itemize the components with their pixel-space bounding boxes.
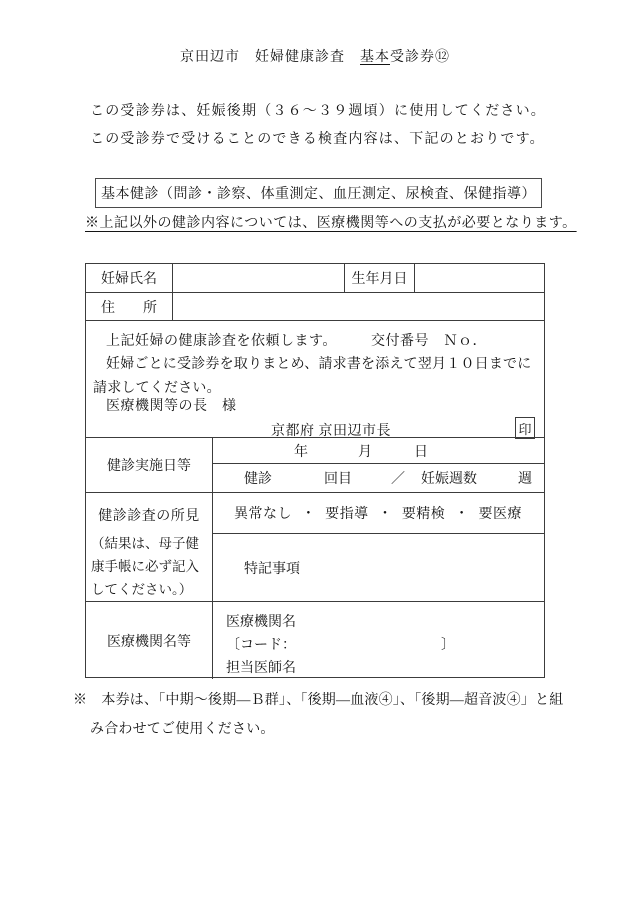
birth-date-label: 生年月日 (345, 264, 415, 292)
slash-separator: ／ (391, 468, 405, 488)
row-name-birthdate: 妊婦氏名 生年月日 (86, 264, 544, 293)
month-unit: 月 (358, 441, 372, 461)
issuer-mayor-line: 京都府 京田辺市長 (271, 420, 391, 440)
week-unit: 週 (518, 468, 532, 488)
code-close-bracket: 〕 (441, 634, 455, 657)
gestation-weeks-label: 妊娠週数 (421, 468, 477, 488)
maternal-checkup-voucher-page: 京田辺市 妊婦健康診査 基本受診券⑫ この受診券は、妊娠後期（３６～３９週頃）に… (0, 0, 630, 903)
code-open-bracket: 〔コード： (226, 634, 296, 657)
findings-fields: 異常なし ・ 要指導 ・ 要精検 ・ 要医療 特記事項 (213, 493, 544, 601)
institution-name-label: 医療機関名 (226, 611, 544, 634)
doctor-name-label: 担当医師名 (226, 657, 544, 680)
title-underlined-basic: 基本 (360, 50, 390, 65)
exam-date-label: 健診実施日等 (86, 438, 213, 492)
basic-exam-box: 基本健診（問診・診察、体重測定、血圧測定、尿検査、保健指導） (95, 178, 542, 208)
issue-number-label: 交付番号 Ｎｏ． (371, 330, 487, 350)
dot-separator: ・ (378, 503, 393, 523)
year-unit: 年 (294, 441, 308, 461)
request-statement: 上記妊婦の健康診査を依頼します。 (106, 330, 337, 350)
findings-label-cell: 健診診査の所見 （結果は、母子健康手帳に必ず記入してください。） (86, 493, 213, 601)
checkup-word: 健診 (244, 468, 272, 488)
document-title: 京田辺市 妊婦健康診査 基本受診券⑫ (0, 46, 630, 66)
option-medical-care-needed: 要医療 (478, 503, 522, 523)
mother-name-field (173, 264, 345, 292)
remarks-label: 特記事項 (244, 558, 300, 578)
row-address: 住 所 (86, 293, 544, 321)
day-unit: 日 (414, 441, 428, 461)
institution-fields: 医療機関名 〔コード： 〕 担当医師名 (213, 602, 544, 679)
findings-record-note: （結果は、母子健康手帳に必ず記入してください。） (86, 525, 212, 601)
intro-exam-contents: この受診券で受けることのできる検査内容は、下記のとおりです。 (90, 128, 545, 148)
mother-name-label: 妊婦氏名 (86, 264, 173, 292)
remarks-row: 特記事項 (213, 534, 544, 601)
visit-count-row: 健診 回目 ／ 妊娠週数 週 (213, 464, 544, 492)
visit-count-unit: 回目 (324, 468, 352, 488)
intro-usage-period: この受診券は、妊娠後期（３６～３９週頃）に使用してください。 (90, 100, 546, 120)
findings-options-row: 異常なし ・ 要指導 ・ 要精検 ・ 要医療 (213, 493, 544, 534)
findings-label: 健診診査の所見 (86, 505, 212, 525)
row-findings: 健診診査の所見 （結果は、母子健康手帳に必ず記入してください。） 異常なし ・ … (86, 493, 544, 602)
row-exam-date: 健診実施日等 年 月 日 健診 回目 ／ 妊娠週数 週 (86, 438, 544, 493)
dot-separator: ・ (301, 503, 316, 523)
option-guidance-needed: 要指導 (325, 503, 369, 523)
title-prefix: 京田辺市 妊婦健康診査 (180, 50, 360, 65)
birth-date-field (415, 264, 544, 292)
date-blank-row: 年 月 日 (213, 438, 544, 464)
voucher-form-table: 妊婦氏名 生年月日 住 所 上記妊婦の健康診査を依頼します。 交付番号 Ｎｏ． … (85, 263, 545, 678)
dot-separator: ・ (455, 503, 470, 523)
row-institution: 医療機関名等 医療機関名 〔コード： 〕 担当医師名 (86, 602, 544, 679)
address-label: 住 所 (86, 293, 173, 320)
row-request-statement: 上記妊婦の健康診査を依頼します。 交付番号 Ｎｏ． 妊婦ごとに受診券を取りまとめ… (86, 321, 544, 438)
institution-label: 医療機関名等 (86, 602, 213, 679)
combination-usage-note: ※ 本券は、「中期～後期―Ｂ群」、「後期―血液④」、「後期―超音波④」と組み合わ… (90, 686, 570, 744)
payment-required-note: ※上記以外の健診内容については、医療機関等への支払が必要となります。 (85, 212, 577, 232)
option-no-abnormality: 異常なし (234, 503, 292, 523)
basic-exam-text: 基本健診（問診・診察、体重測定、血圧測定、尿検査、保健指導） (101, 183, 536, 203)
institution-code-line: 〔コード： 〕 (226, 634, 544, 657)
official-seal-mark: 印 (515, 417, 535, 439)
billing-instruction: 妊婦ごとに受診券を取りまとめ、請求書を添えて翌月１０日までに請求してください。 (93, 353, 540, 401)
address-field (173, 293, 544, 320)
addressee-line: 医療機関等の長 様 (106, 395, 237, 415)
exam-date-fields: 年 月 日 健診 回目 ／ 妊娠週数 週 (213, 438, 544, 492)
title-suffix: 受診券⑫ (390, 50, 450, 65)
option-detailed-exam-needed: 要精検 (402, 503, 446, 523)
